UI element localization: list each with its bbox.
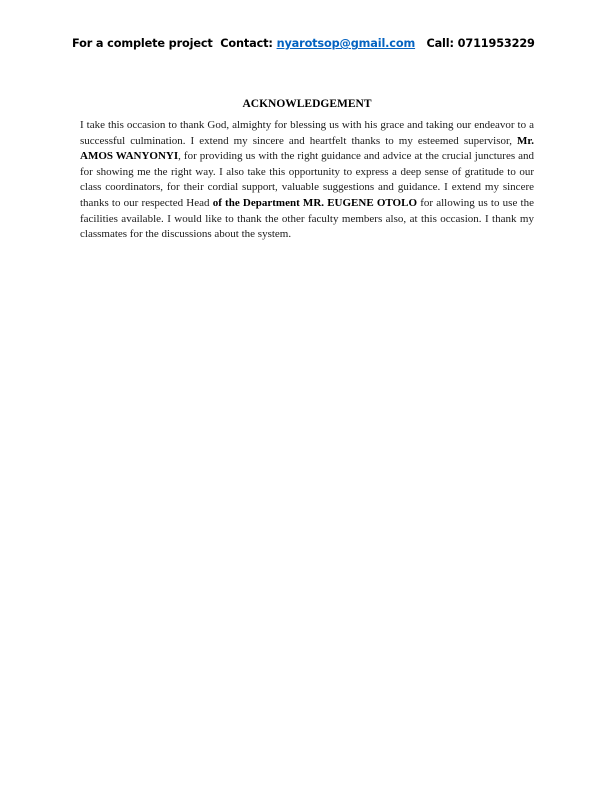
phone-number: 0711953229 — [458, 37, 535, 50]
contact-prefix: For a complete project Contact: — [72, 37, 277, 50]
acknowledgement-paragraph: I take this occasion to thank God, almig… — [80, 118, 534, 243]
page-title: ACKNOWLEDGEMENT — [80, 97, 534, 111]
department-head-name: of the Department MR. EUGENE OTOLO — [213, 197, 417, 209]
call-label: Call: — [415, 37, 458, 50]
document-page: For a complete project Contact: nyarotso… — [0, 0, 612, 792]
email-link[interactable]: nyarotsop@gmail.com — [277, 37, 416, 50]
contact-header: For a complete project Contact: nyarotso… — [72, 36, 542, 52]
paragraph-text-1: I take this occasion to thank God, almig… — [80, 119, 534, 147]
